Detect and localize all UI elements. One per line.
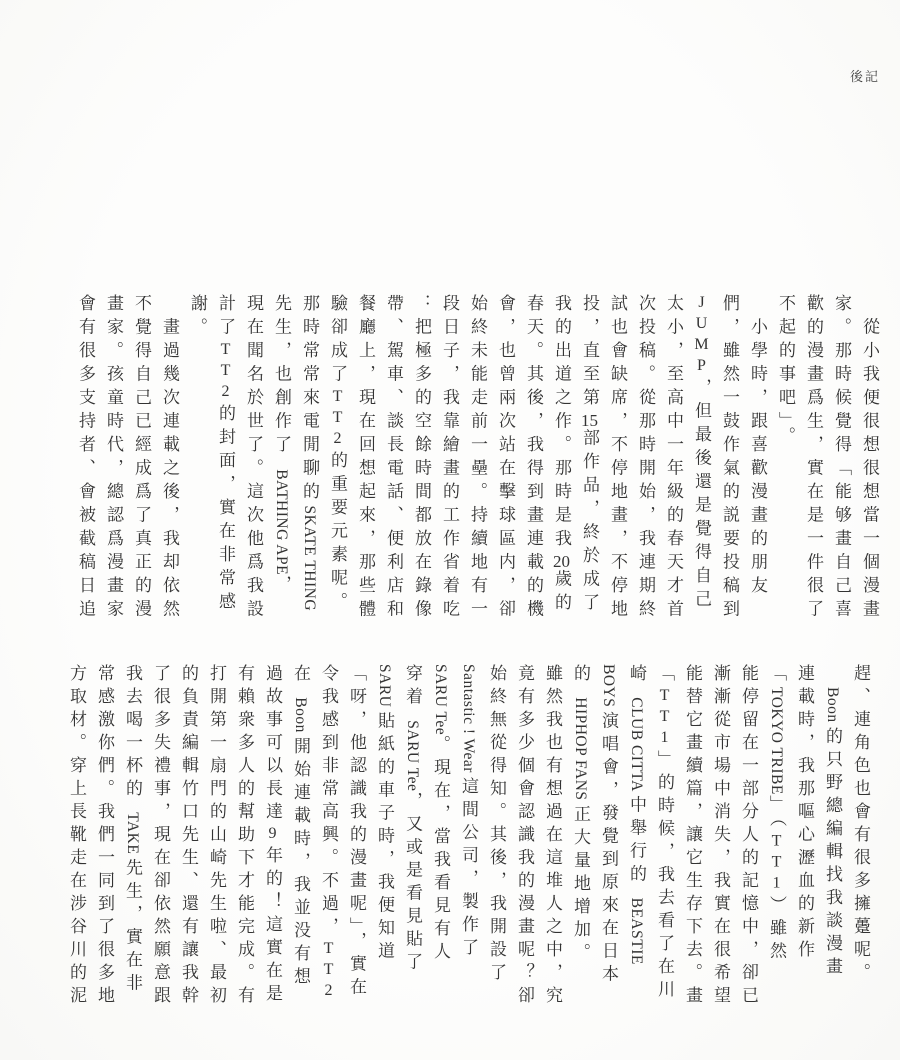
text-column: 雖然我也有想過在這堆人之中，究 — [538, 664, 566, 1012]
text-column: 春天。其後，我得到畫連載的機 — [519, 294, 547, 628]
text-column: 不覺得自己已經成爲了真正的漫 — [127, 294, 155, 628]
text-column: 方取材。穿上長靴走在涉谷川的泥 — [62, 664, 90, 1012]
text-column: 在 Boon 開始連載時，我並没有想 — [286, 664, 314, 1012]
text-column: 們，雖然一鼓作氣的説要投稿到 — [715, 294, 743, 628]
afterword-page: 後記 從小我便很想很想當一個漫畫家。那時候覺得「能够畫自己喜歡的漫畫爲生，實在是… — [0, 0, 900, 1060]
text-column: 先生，也創作了 BATHING APE， — [267, 294, 295, 628]
text-column: Santastic ! Wear 這間公司，製作了 — [454, 664, 482, 1012]
text-column: 我去喝一杯的 TAKE 先生，實在非 — [118, 664, 146, 1012]
text-column: 竟有多少個會認識我的漫畫呢？卻 — [510, 664, 538, 1012]
text-column: 畫家。孩童時代，總認爲漫畫家 — [99, 294, 127, 628]
text-column: 餐廳上，現在回想起來，那些體 — [351, 294, 379, 628]
text-column: 打開第一扇門的山崎先生啦、最初 — [202, 664, 230, 1012]
text-column: 那時常常來電閒聊的SKATE THING — [295, 294, 323, 628]
text-column: 歡的漫畫爲生，實在是一件很了 — [799, 294, 827, 628]
text-column: 「呀，他認識我的漫畫呢」，實在 — [342, 664, 370, 1012]
text-column: 試也會缺席，不停地畫，不停地 — [603, 294, 631, 628]
text-column: 段日子，我靠繪畫的工作省着吃 — [435, 294, 463, 628]
afterword-text-block-top: 從小我便很想很想當一個漫畫家。那時候覺得「能够畫自己喜歡的漫畫爲生，實在是一件很… — [71, 294, 883, 628]
text-column: 有賴衆多人的幫助下才能完成。有 — [230, 664, 258, 1012]
text-column: 次投稿。從那時開始，我連期終 — [631, 294, 659, 628]
text-column: 連載時，我那嘔心瀝血的新作 — [790, 664, 818, 1012]
text-column: 過故事可以長達9年的！這實在是 — [258, 664, 286, 1012]
afterword-text-block-bottom: 趕、連角色也會有很多擁躉呢。 Boon 的只野總編輯找我談漫畫連載時，我那嘔心瀝… — [62, 664, 874, 1012]
text-column: 謝。 — [183, 294, 211, 628]
text-column: 令我感到非常高興。不過，TT2 — [314, 664, 342, 1012]
text-column: 從小我便很想很想當一個漫畫 — [855, 294, 883, 628]
text-column: 「TOKYO TRIBE」（TT1）雖然 — [762, 664, 790, 1012]
text-column: 崎 CLUB CITTA 中舉行的 BEASTIE — [622, 664, 650, 1012]
text-column: 會有很多支持者、會被截稿日追 — [71, 294, 99, 628]
text-column: 始終未能走前一壘。持續地有一 — [463, 294, 491, 628]
text-column: BOYS 演唱會，發覺到原來在日本 — [594, 664, 622, 1012]
text-column: 穿着 SARU Tee，又或是看見貼了 — [398, 664, 426, 1012]
text-column: 能替它畫續篇，讓它生存下去。畫 — [678, 664, 706, 1012]
text-column: 家。那時候覺得「能够畫自己喜 — [827, 294, 855, 628]
text-column: 我的出道之作。那時是我20歲的 — [547, 294, 575, 628]
text-column: 漸漸從市場中消失，我實在很希望 — [706, 664, 734, 1012]
text-column: 投，直至第15部作品，終於成了 — [575, 294, 603, 628]
text-column: Boon 的只野總編輯找我談漫畫 — [818, 664, 846, 1012]
text-column: 了很多失禮事，現在卻依然願意跟 — [146, 664, 174, 1012]
text-column: 驗卻成了TT2的重要元素呢。 — [323, 294, 351, 628]
page-title: 後記 — [850, 66, 880, 85]
text-column: 會，也曾兩次站在擊球區内，卻 — [491, 294, 519, 628]
text-column: 的負責編輯竹口先生、還有讓我幹 — [174, 664, 202, 1012]
text-column: SARU 貼紙的車子時，我便知道 — [370, 664, 398, 1012]
text-column: 小學時，跟喜歡漫畫的朋友 — [743, 294, 771, 628]
text-column: 能停留在一部分人的記憶中，卻已 — [734, 664, 762, 1012]
text-column: 不起的事吧」。 — [771, 294, 799, 628]
text-column: 現在聞名於世了。這次他爲我設 — [239, 294, 267, 628]
text-column: 畫過幾次連載之後，我却依然 — [155, 294, 183, 628]
text-column: 帶、駕車、談長電話、便利店和 — [379, 294, 407, 628]
text-column: 始終無從得知。其後，我開設了 — [482, 664, 510, 1012]
text-column: 常感激你們。我們一同到了很多地 — [90, 664, 118, 1012]
text-column: JUMP，但最後還是覺得自己 — [687, 294, 715, 628]
text-column: 趕、連角色也會有很多擁躉呢。 — [846, 664, 874, 1012]
text-column: 計了TT2的封面，實在非常感 — [211, 294, 239, 628]
text-column: 的 HIPHOP FANS 正大量地增加。 — [566, 664, 594, 1012]
text-column: 太小，至高中一年級的春天才首 — [659, 294, 687, 628]
text-column: 「TT1」的時候，我去看了在川 — [650, 664, 678, 1012]
text-column: SARU Tee。現在，當我看見有人 — [426, 664, 454, 1012]
text-column: ：把極多的空餘時間都放在錄像 — [407, 294, 435, 628]
